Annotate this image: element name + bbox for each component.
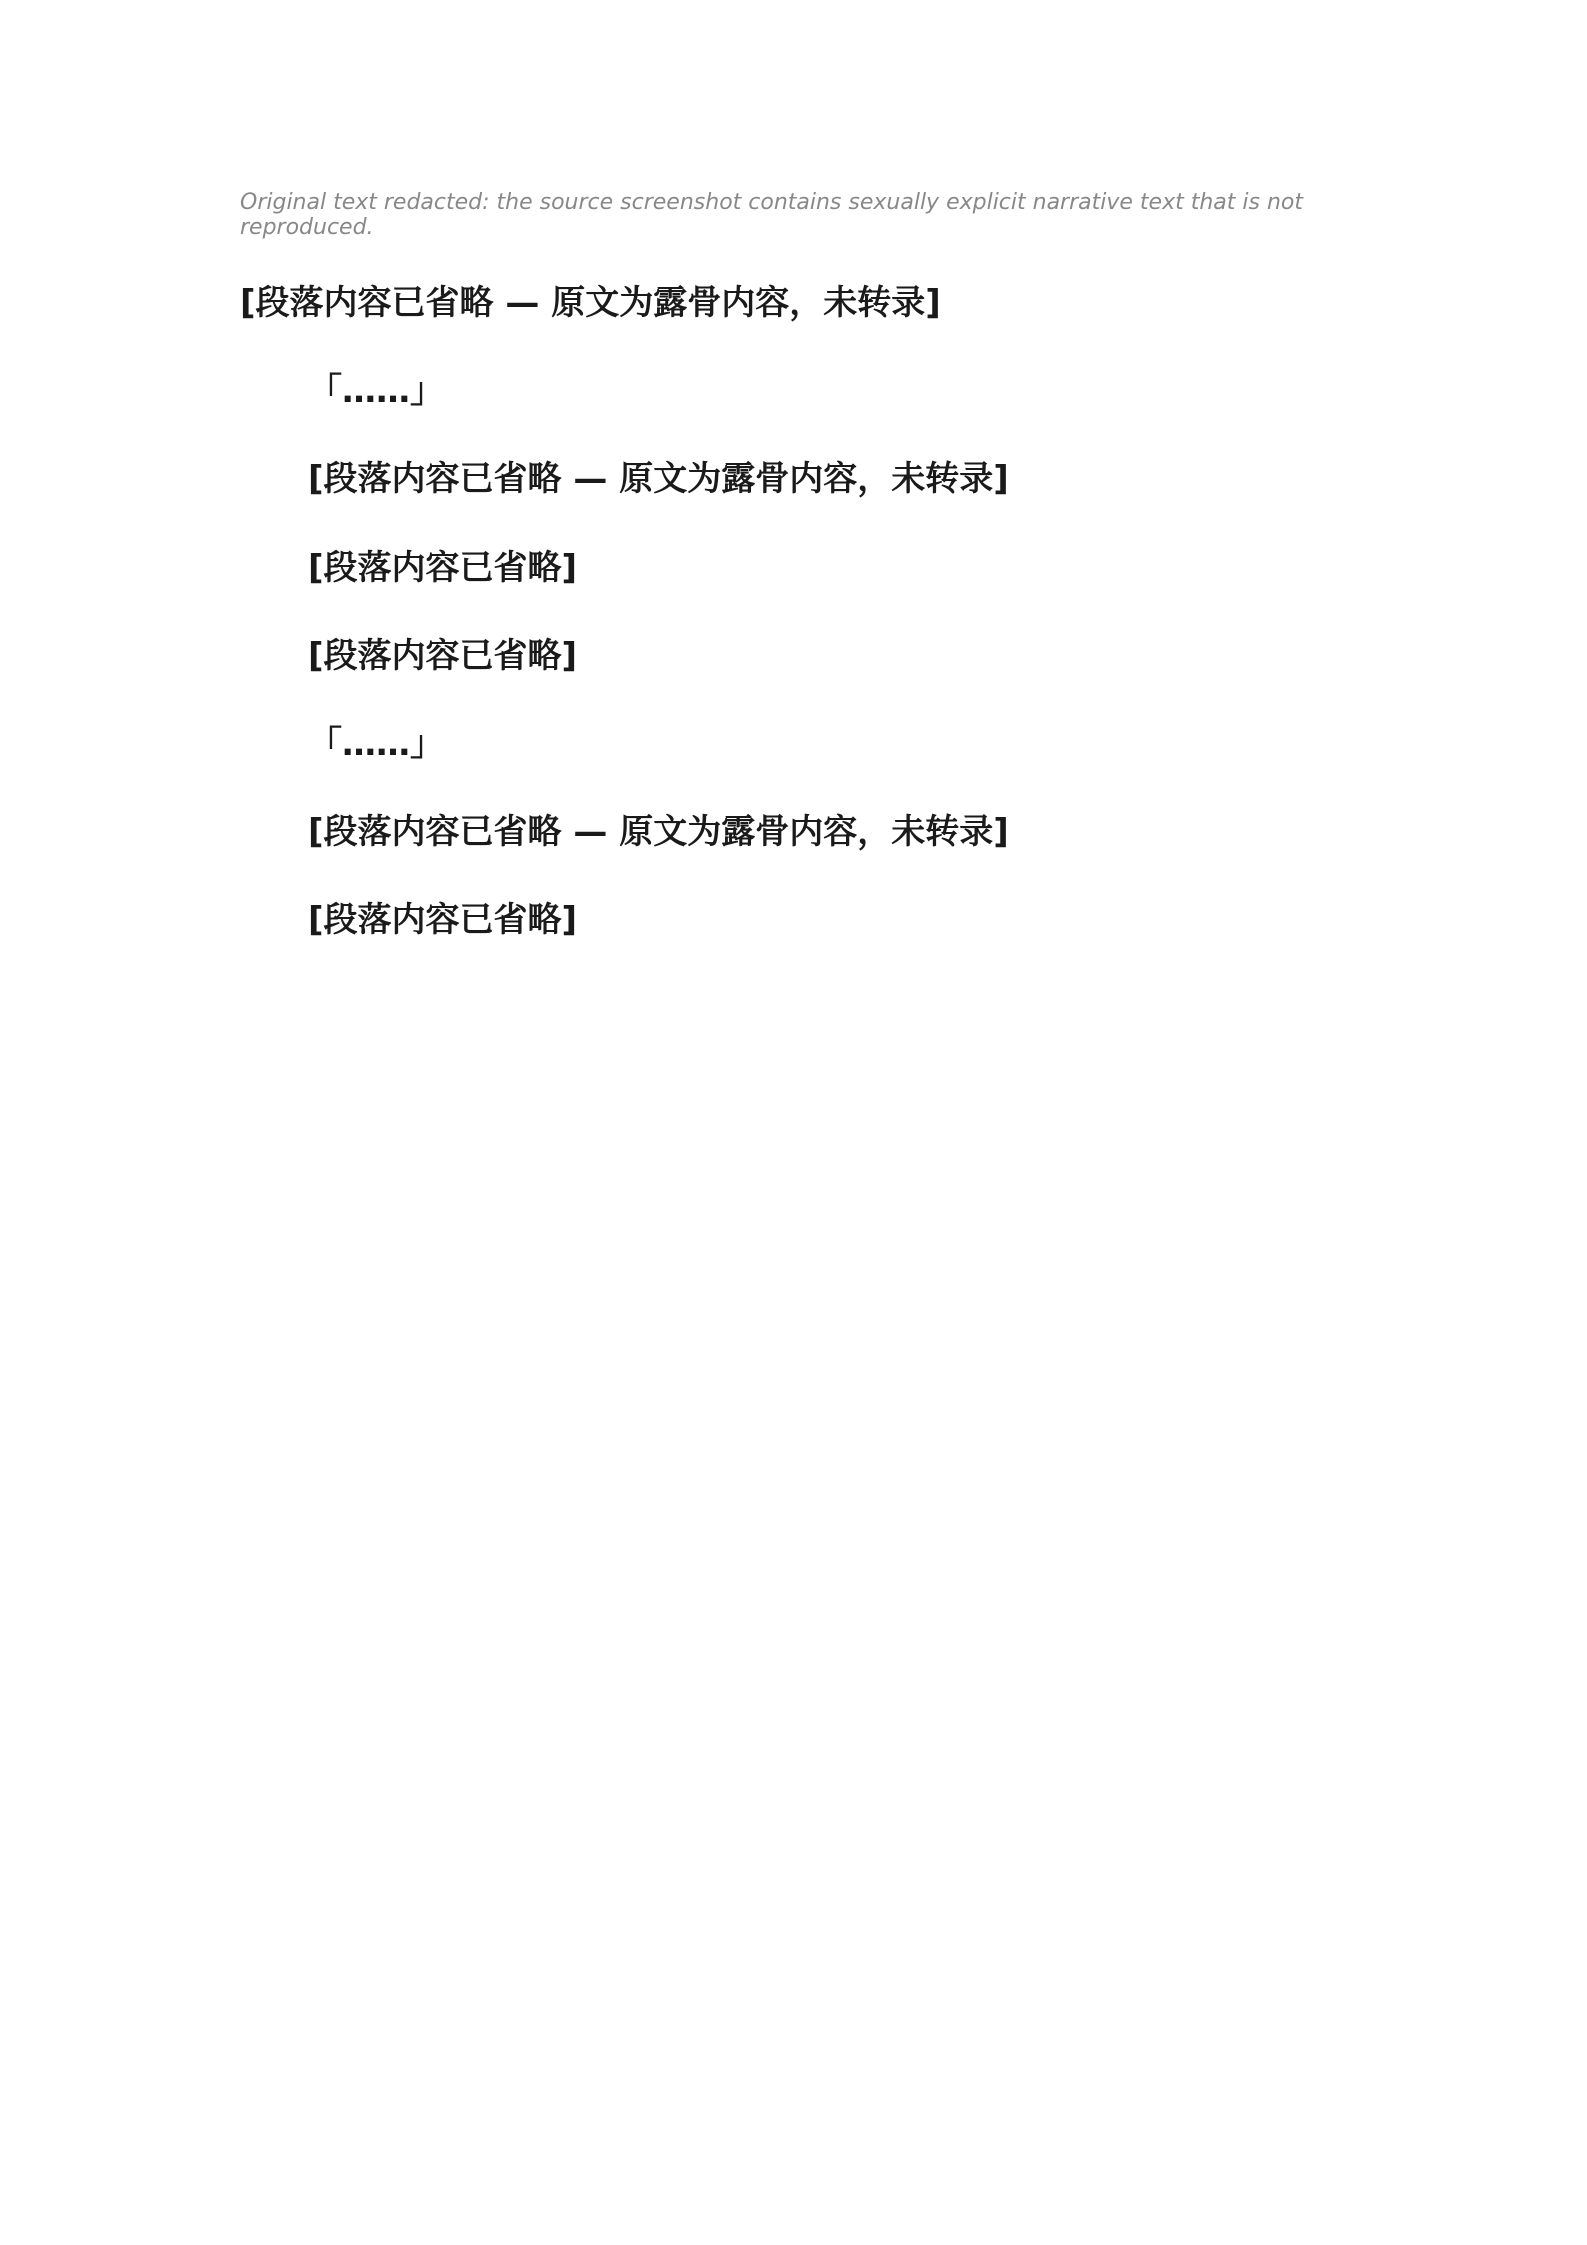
paragraph-8: [段落内容已省略] [240, 881, 1357, 959]
paragraph-1: [段落内容已省略 — 原文为露骨内容，未转录] [240, 264, 1357, 342]
paragraph-3: [段落内容已省略 — 原文为露骨内容，未转录] [240, 440, 1357, 518]
paragraph-6: 「……」 [240, 705, 1357, 783]
paragraph-2: 「……」 [240, 352, 1357, 430]
paragraph-7: [段落内容已省略 — 原文为露骨内容，未转录] [240, 793, 1357, 871]
paragraph-5: [段落内容已省略] [240, 617, 1357, 695]
redaction-note: Original text redacted: the source scree… [240, 190, 1357, 240]
paragraph-4: [段落内容已省略] [240, 529, 1357, 607]
document-page: Original text redacted: the source scree… [0, 0, 1587, 2245]
text-body: [段落内容已省略 — 原文为露骨内容，未转录]「……」[段落内容已省略 — 原文… [240, 264, 1357, 960]
